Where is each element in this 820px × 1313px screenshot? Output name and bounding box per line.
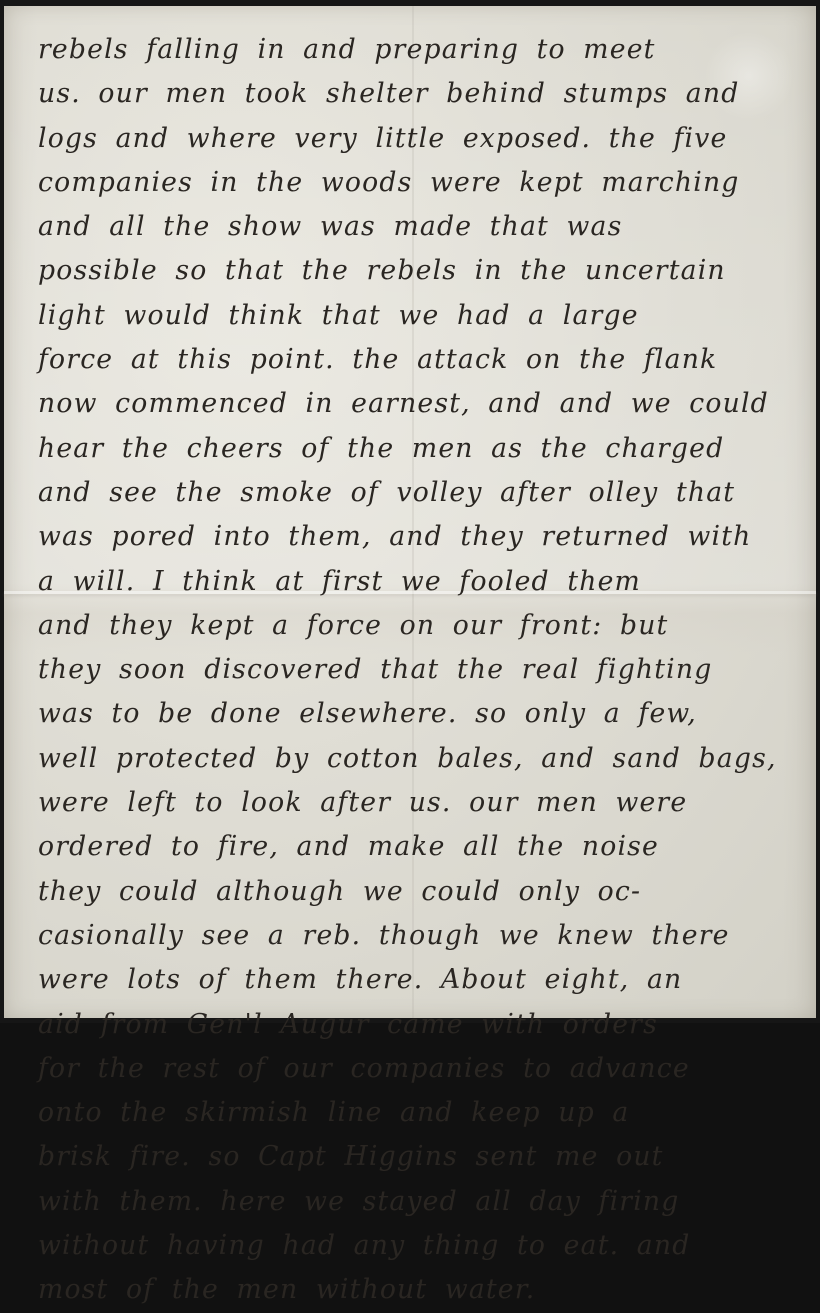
text-line: was to be done elsewhere. so only a few, (38, 692, 798, 736)
text-line: companies in the woods were kept marchin… (38, 161, 798, 205)
text-line: well protected by cotton bales, and sand… (38, 737, 798, 781)
text-line: and see the smoke of volley after olley … (38, 471, 798, 515)
text-line: hear the cheers of the men as the charge… (38, 427, 798, 471)
text-line: they could although we could only oc- (38, 870, 798, 914)
text-line: they soon discovered that the real fight… (38, 648, 798, 692)
text-line: now commenced in earnest, and and we cou… (38, 382, 798, 426)
scanned-page: rebels falling in and preparing to meet … (0, 0, 820, 1023)
text-line: logs and where very little exposed. the … (38, 117, 798, 161)
text-line: were lots of them there. About eight, an (38, 958, 798, 1002)
text-line: light would think that we had a large (38, 294, 798, 338)
text-line: rebels falling in and preparing to meet (38, 28, 798, 72)
text-line: were left to look after us. our men were (38, 781, 798, 825)
text-line: force at this point. the attack on the f… (38, 338, 798, 382)
text-line: ordered to fire, and make all the noise (38, 825, 798, 869)
text-line: and they kept a force on our front: but (38, 604, 798, 648)
text-line: us. our men took shelter behind stumps a… (38, 72, 798, 116)
text-line: was pored into them, and they returned w… (38, 515, 798, 559)
text-line: possible so that the rebels in the uncer… (38, 249, 798, 293)
handwritten-text: rebels falling in and preparing to meet … (38, 28, 808, 1023)
text-line: a will. I think at first we fooled them (38, 560, 798, 604)
text-line: aid from Gen'l Augur came with orders (38, 1003, 798, 1023)
text-line: and all the show was made that was (38, 205, 798, 249)
text-line: casionally see a reb. though we knew the… (38, 914, 798, 958)
